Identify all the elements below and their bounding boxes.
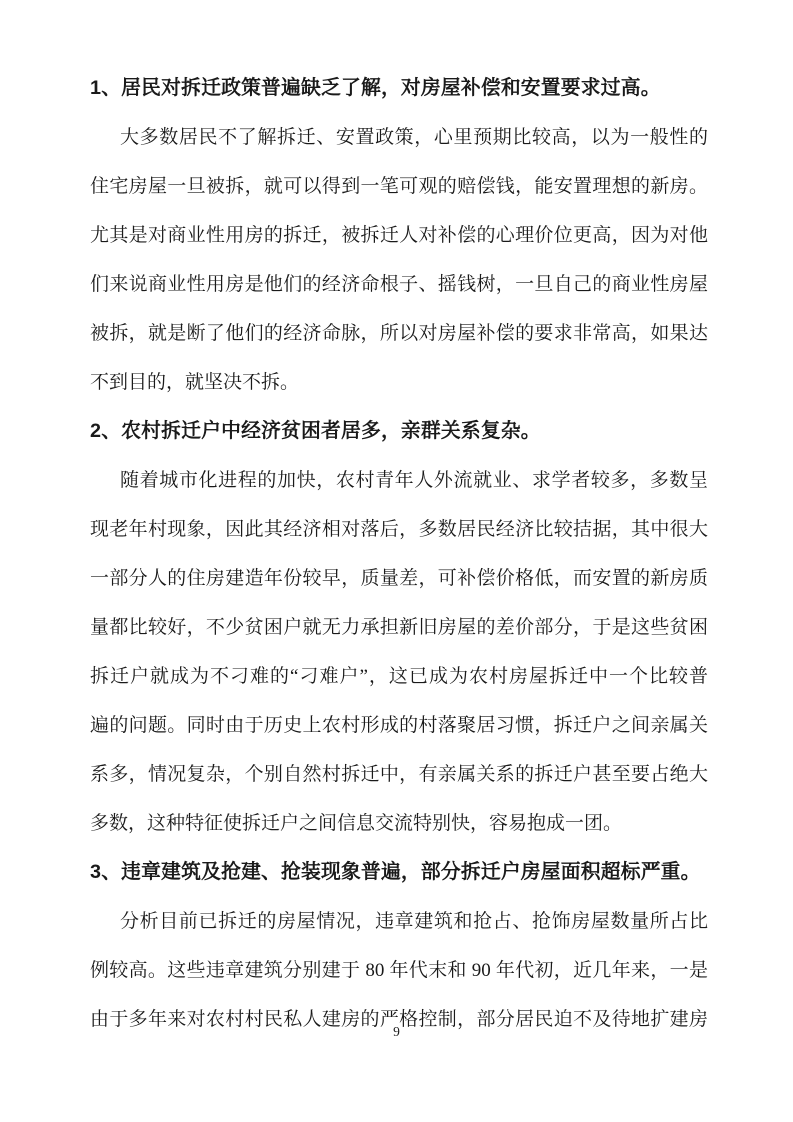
text-line: 随着城市化进程的加快，农村青年人外流就业、求学者较多，多数呈: [90, 456, 708, 505]
section-3: 3、违章建筑及抢建、抢装现象普遍，部分拆迁户房屋面积超标严重。 分析目前已拆迁的…: [90, 848, 708, 1044]
section-1: 1、居民对拆迁政策普遍缺乏了解，对房屋补偿和安置要求过高。 大多数居民不了解拆迁…: [90, 64, 708, 407]
section-2-paragraph: 随着城市化进程的加快，农村青年人外流就业、求学者较多，多数呈 现老年村现象，因此…: [90, 456, 708, 848]
text-line: 量都比较好，不少贫困户就无力承担新旧房屋的差价部分，于是这些贫困: [90, 603, 708, 652]
text-line: 们来说商业性用房是他们的经济命根子、摇钱树，一旦自己的商业性房屋: [90, 260, 708, 309]
section-2: 2、农村拆迁户中经济贫困者居多，亲群关系复杂。 随着城市化进程的加快，农村青年人…: [90, 407, 708, 848]
section-1-paragraph: 大多数居民不了解拆迁、安置政策，心里预期比较高，以为一般性的 住宅房屋一旦被拆，…: [90, 113, 708, 407]
document-page: 1、居民对拆迁政策普遍缺乏了解，对房屋补偿和安置要求过高。 大多数居民不了解拆迁…: [0, 0, 793, 1122]
text-line: 拆迁户就成为不刁难的“刁难户”，这已成为农村房屋拆迁中一个比较普: [90, 652, 708, 701]
text-line: 分析目前已拆迁的房屋情况，违章建筑和抢占、抢饰房屋数量所占比: [90, 897, 708, 946]
section-3-heading: 3、违章建筑及抢建、抢装现象普遍，部分拆迁户房屋面积超标严重。: [90, 848, 708, 897]
text-line: 多数，这种特征使拆迁户之间信息交流特别快，容易抱成一团。: [90, 799, 708, 848]
document-content: 1、居民对拆迁政策普遍缺乏了解，对房屋补偿和安置要求过高。 大多数居民不了解拆迁…: [90, 64, 708, 1044]
text-line: 大多数居民不了解拆迁、安置政策，心里预期比较高，以为一般性的: [90, 113, 708, 162]
section-2-heading: 2、农村拆迁户中经济贫困者居多，亲群关系复杂。: [90, 407, 708, 456]
page-number: 9: [0, 1022, 793, 1042]
text-line: 系多，情况复杂，个别自然村拆迁中，有亲属关系的拆迁户甚至要占绝大: [90, 750, 708, 799]
text-line: 住宅房屋一旦被拆，就可以得到一笔可观的赔偿钱，能安置理想的新房。: [90, 162, 708, 211]
text-line: 被拆，就是断了他们的经济命脉，所以对房屋补偿的要求非常高，如果达: [90, 309, 708, 358]
text-line: 遍的问题。同时由于历史上农村形成的村落聚居习惯，拆迁户之间亲属关: [90, 701, 708, 750]
text-line: 一部分人的住房建造年份较早，质量差，可补偿价格低，而安置的新房质: [90, 554, 708, 603]
text-line: 不到目的，就坚决不拆。: [90, 358, 708, 407]
text-line: 例较高。这些违章建筑分别建于 80 年代末和 90 年代初，近几年来，一是: [90, 946, 708, 995]
section-1-heading: 1、居民对拆迁政策普遍缺乏了解，对房屋补偿和安置要求过高。: [90, 64, 708, 113]
text-line: 现老年村现象，因此其经济相对落后，多数居民经济比较拮据，其中很大: [90, 505, 708, 554]
text-line: 尤其是对商业性用房的拆迁，被拆迁人对补偿的心理价位更高，因为对他: [90, 211, 708, 260]
